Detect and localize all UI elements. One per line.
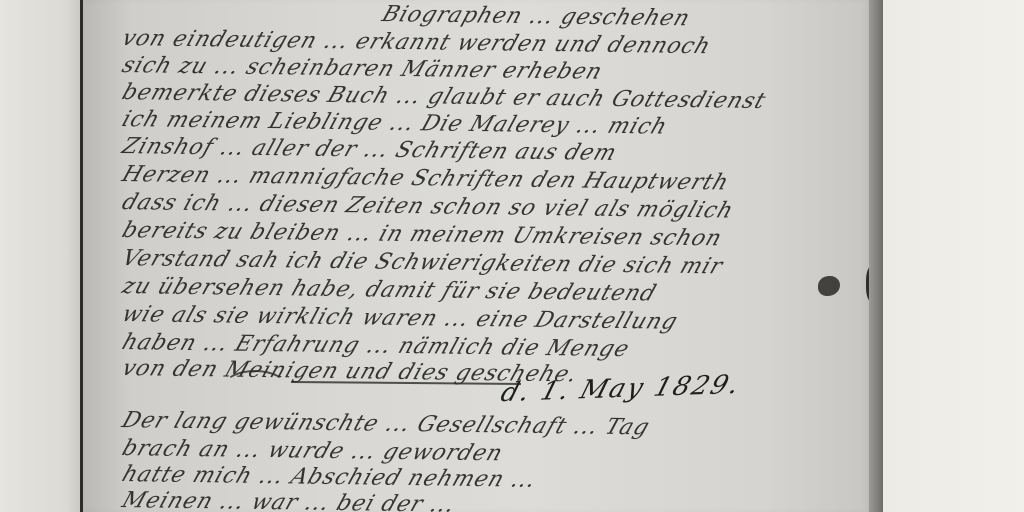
background-right — [880, 0, 1024, 512]
text-line: Zinshof ... aller der ... Schriften aus … — [119, 134, 621, 166]
background-left — [0, 0, 82, 512]
text-line: Der lang gewünschte ... Gesellschaft ...… — [119, 408, 653, 440]
text-line: Meinen ... war ... bei der ... — [119, 488, 459, 512]
flourish-ornament — [223, 370, 287, 404]
page-edge-shadow — [869, 0, 883, 512]
text-line: Biographen ... geschehen — [379, 2, 694, 31]
text-line: zu übersehen habe, damit für sie bedeute… — [119, 274, 660, 306]
ink-blot — [818, 276, 840, 296]
manuscript-page: Biographen ... geschehen von eindeutigen… — [80, 0, 883, 512]
text-line: wie als sie wirklich waren ... eine Dars… — [119, 302, 682, 335]
